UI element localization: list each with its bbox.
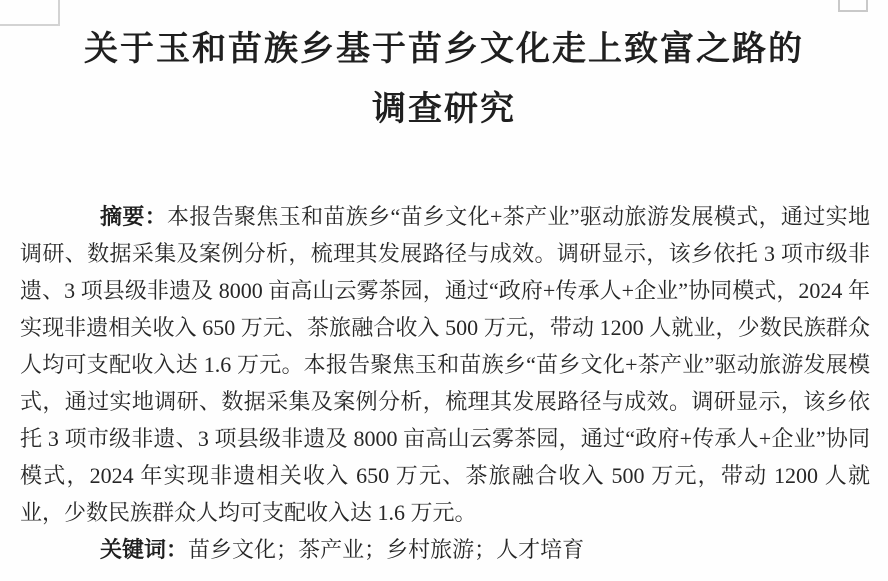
keyword-item: 茶产业 xyxy=(298,537,364,562)
scan-artifact-top-right xyxy=(838,0,868,12)
title-line-2: 调查研究 xyxy=(0,80,888,140)
abstract-text: 本报告聚焦玉和苗族乡“苗乡文化+茶产业”驱动旅游发展模式，通过实地调研、数据采集… xyxy=(20,204,870,525)
page-title: 关于玉和苗族乡基于苗乡文化走上致富之路的 调查研究 xyxy=(0,0,888,140)
keyword-item: 乡村旅游 xyxy=(386,537,474,562)
keyword-separator: ； xyxy=(276,537,298,562)
keyword-item: 人才培育 xyxy=(496,537,584,562)
document-page: 关于玉和苗族乡基于苗乡文化走上致富之路的 调查研究 摘要：本报告聚焦玉和苗族乡“… xyxy=(0,0,888,581)
keywords-colon: ： xyxy=(166,537,188,562)
scan-artifact-top-left xyxy=(0,0,60,26)
abstract-label: 摘要 xyxy=(100,204,145,229)
document-body: 摘要：本报告聚焦玉和苗族乡“苗乡文化+茶产业”驱动旅游发展模式，通过实地调研、数… xyxy=(0,198,888,568)
title-line-1: 关于玉和苗族乡基于苗乡文化走上致富之路的 xyxy=(0,20,888,80)
keyword-item: 苗乡文化 xyxy=(188,537,276,562)
keyword-separator: ； xyxy=(474,537,496,562)
abstract-colon: ： xyxy=(145,204,167,229)
keywords-label: 关键词 xyxy=(100,537,166,562)
keywords-line: 关键词：苗乡文化；茶产业；乡村旅游；人才培育 xyxy=(20,531,870,568)
abstract-paragraph: 摘要：本报告聚焦玉和苗族乡“苗乡文化+茶产业”驱动旅游发展模式，通过实地调研、数… xyxy=(20,198,870,531)
keyword-separator: ； xyxy=(364,537,386,562)
